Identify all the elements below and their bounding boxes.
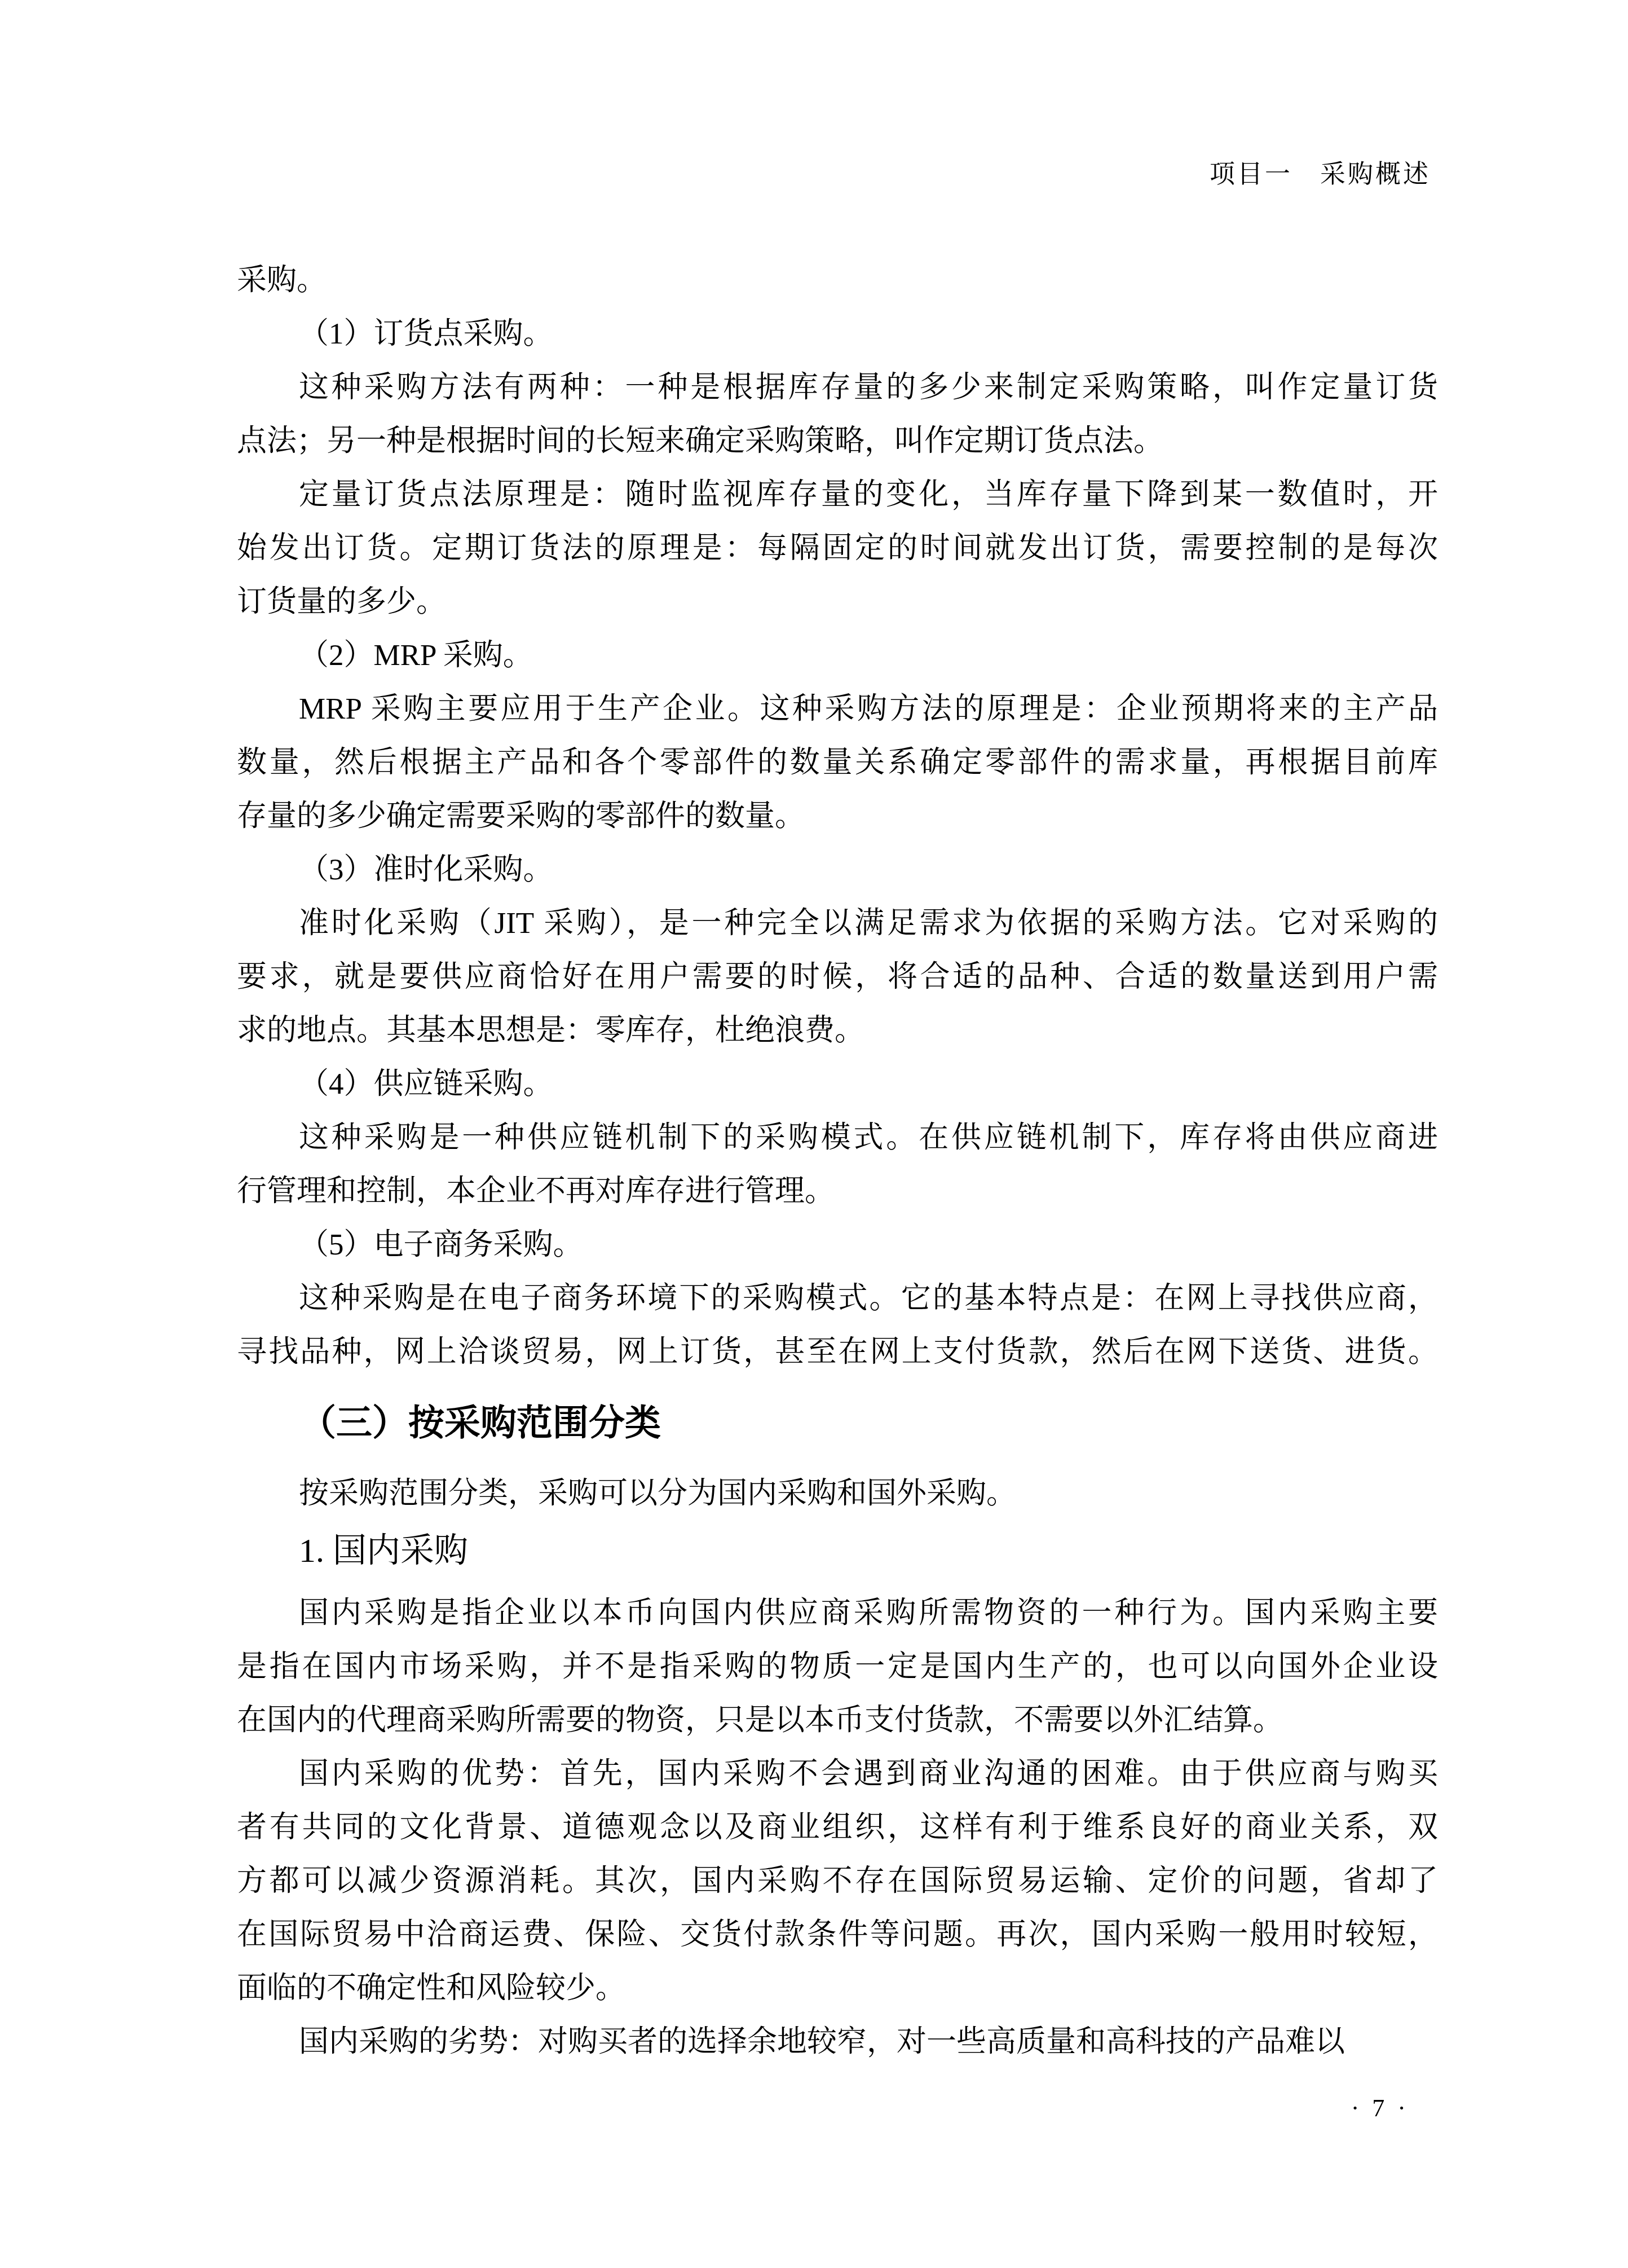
section-heading: （三）按采购范围分类	[237, 1396, 1438, 1450]
body-text-line: 按采购范围分类，采购可以分为国内采购和国外采购。	[237, 1467, 1438, 1521]
body-text-line: 国内采购的劣势：对购买者的选择余地较窄，对一些高质量和高科技的产品难以	[237, 2015, 1438, 2069]
body-text-line: （5）电子商务采购。	[237, 1218, 1438, 1272]
body-text-line: 在国际贸易中洽商运费、保险、交货付款条件等问题。再次，国内采购一般用时较短，	[237, 1908, 1438, 1962]
body-text-line: 寻找品种，网上洽谈贸易，网上订货，甚至在网上支付货款，然后在网下送货、进货。	[237, 1325, 1438, 1379]
body-text-line: （1）订货点采购。	[237, 307, 1438, 361]
body-text-line: 这种采购方法有两种：一种是根据库存量的多少来制定采购策略，叫作定量订货	[237, 361, 1438, 415]
body-column: 采购。（1）订货点采购。这种采购方法有两种：一种是根据库存量的多少来制定采购策略…	[237, 254, 1438, 2069]
body-text-line: （2）MRP 采购。	[237, 629, 1438, 682]
body-text-line: 要求，就是要供应商恰好在用户需要的时候，将合适的品种、合适的数量送到用户需	[237, 950, 1438, 1004]
subsection-heading: 1. 国内采购	[237, 1524, 1438, 1578]
body-text-line: MRP 采购主要应用于生产企业。这种采购方法的原理是：企业预期将来的主产品	[237, 682, 1438, 736]
body-text-line: 采购。	[237, 254, 1438, 307]
body-text-line: 定量订货点法原理是：随时监视库存量的变化，当库存量下降到某一数值时，开	[237, 468, 1438, 522]
body-text-line: 国内采购的优势：首先，国内采购不会遇到商业沟通的困难。由于供应商与购买	[237, 1747, 1438, 1801]
body-text-line: 始发出订货。定期订货法的原理是：每隔固定的时间就发出订货，需要控制的是每次	[237, 522, 1438, 575]
body-text-line: 求的地点。其基本思想是：零库存，杜绝浪费。	[237, 1004, 1438, 1058]
body-text-line: 行管理和控制，本企业不再对库存进行管理。	[237, 1165, 1438, 1218]
body-text-line: 数量，然后根据主产品和各个零部件的数量关系确定零部件的需求量，再根据目前库	[237, 736, 1438, 790]
body-text-line: 方都可以减少资源消耗。其次，国内采购不存在国际贸易运输、定价的问题，省却了	[237, 1855, 1438, 1908]
body-text-line: （3）准时化采购。	[237, 843, 1438, 897]
body-text-line: 这种采购是一种供应链机制下的采购模式。在供应链机制下，库存将由供应商进	[237, 1111, 1438, 1165]
body-text-line: 点法；另一种是根据时间的长短来确定采购策略，叫作定期订货点法。	[237, 415, 1438, 468]
running-header: 项目一 采购概述	[1210, 153, 1431, 190]
body-text-line: 者有共同的文化背景、道德观念以及商业组织，这样有利于维系良好的商业关系，双	[237, 1801, 1438, 1855]
body-text-line: 国内采购是指企业以本币向国内供应商采购所需物资的一种行为。国内采购主要	[237, 1587, 1438, 1640]
body-text-line: 订货量的多少。	[237, 575, 1438, 629]
body-text-line: 在国内的代理商采购所需要的物资，只是以本币支付货款，不需要以外汇结算。	[237, 1694, 1438, 1747]
body-text-line: 准时化采购（JIT 采购），是一种完全以满足需求为依据的采购方法。它对采购的	[237, 897, 1438, 950]
page-number: · 7 ·	[1351, 2094, 1409, 2122]
document-page: 项目一 采购概述 采购。（1）订货点采购。这种采购方法有两种：一种是根据库存量的…	[0, 0, 1628, 2268]
body-text-line: 面临的不确定性和风险较少。	[237, 1962, 1438, 2015]
body-text-line: 存量的多少确定需要采购的零部件的数量。	[237, 790, 1438, 843]
body-text-line: （4）供应链采购。	[237, 1058, 1438, 1111]
body-text-line: 是指在国内市场采购，并不是指采购的物质一定是国内生产的，也可以向国外企业设	[237, 1640, 1438, 1694]
body-text-line: 这种采购是在电子商务环境下的采购模式。它的基本特点是：在网上寻找供应商，	[237, 1272, 1438, 1325]
